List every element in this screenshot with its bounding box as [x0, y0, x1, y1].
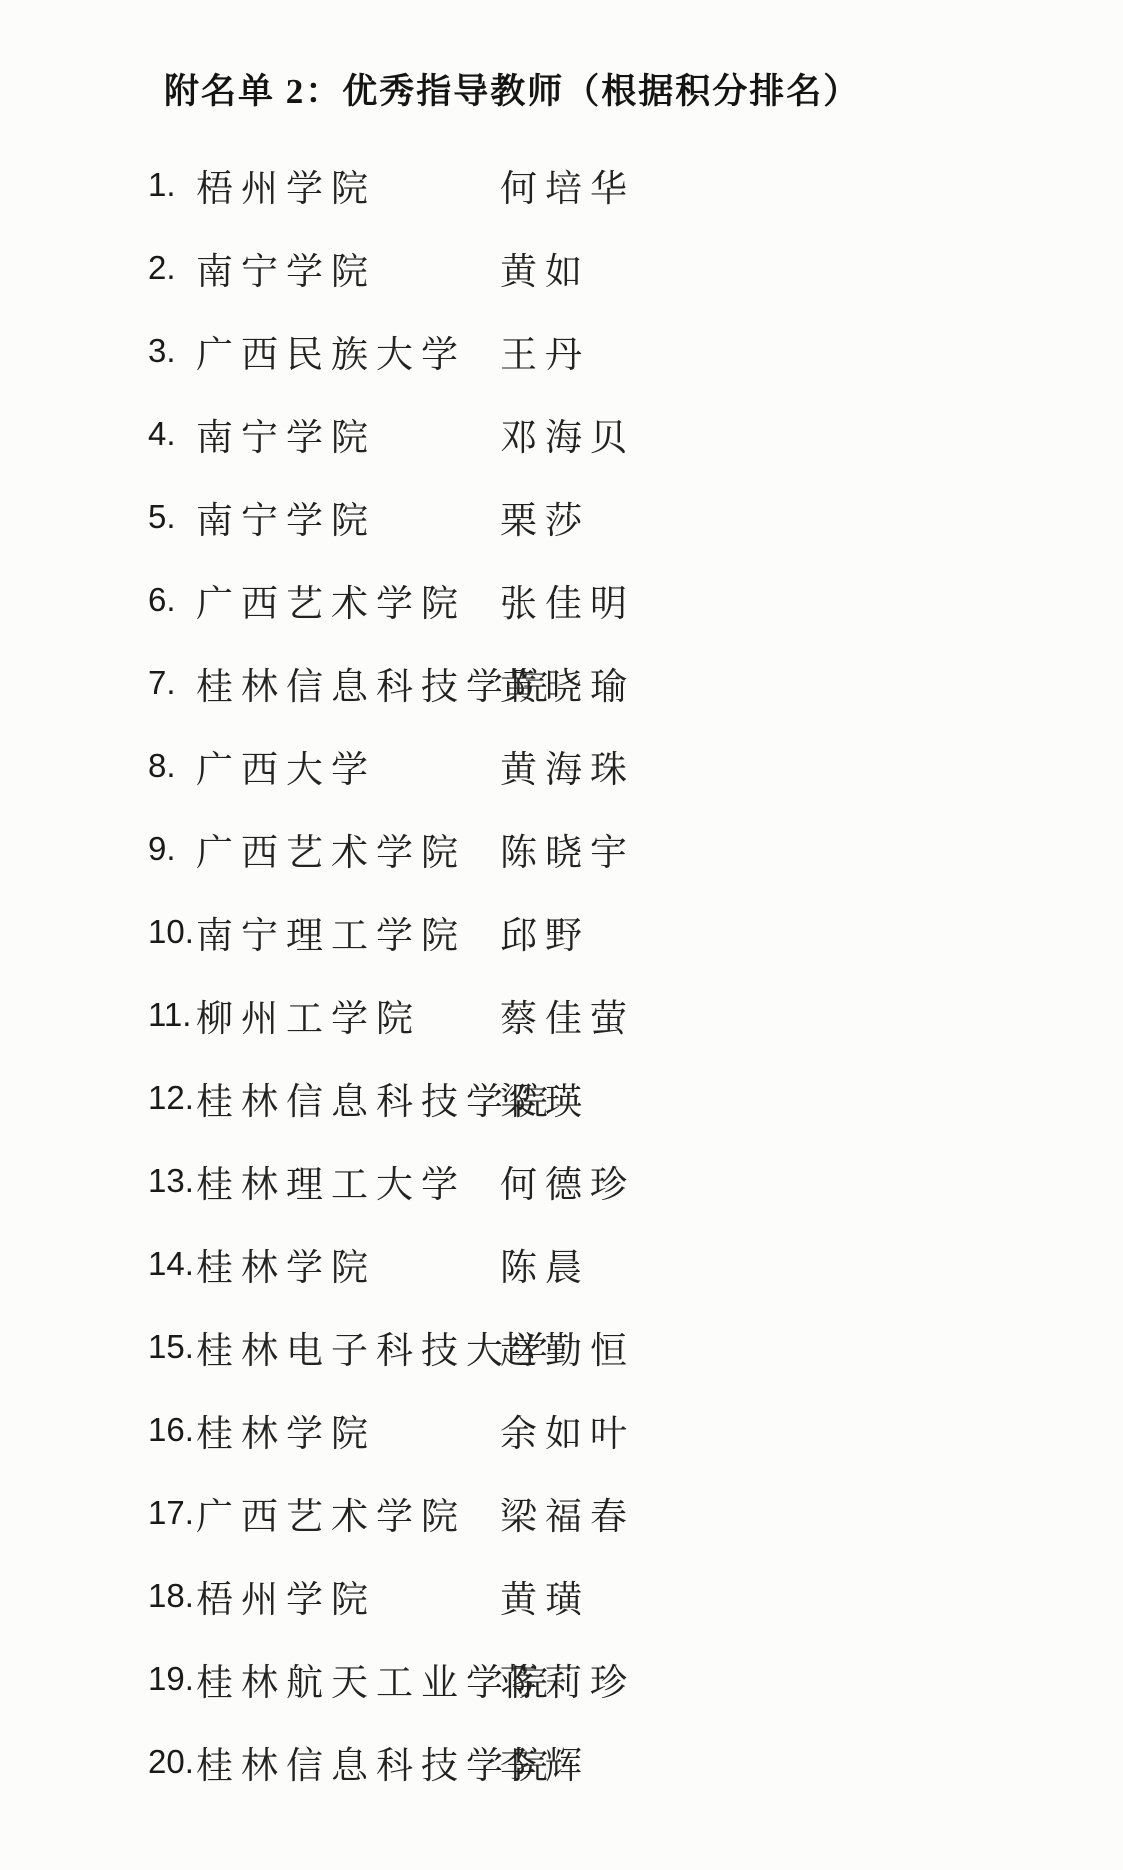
school-name: 南宁学院	[196, 241, 500, 295]
teacher-ranking-list: 1. 梧州学院 何培华 2. 南宁学院 黄如 3. 广西民族大学 王丹 4. 南…	[148, 143, 1008, 1803]
teacher-name: 陈晓宇	[500, 822, 635, 876]
teacher-name: 张佳明	[500, 573, 635, 627]
teacher-name: 王丹	[500, 324, 590, 378]
teacher-name: 邱野	[500, 905, 590, 959]
teacher-name: 黄海珠	[500, 739, 635, 793]
school-name: 梧州学院	[196, 158, 500, 212]
list-item: 11. 柳州工学院 蔡佳萤	[148, 973, 1008, 1056]
teacher-name: 李辉	[500, 1735, 590, 1789]
rank-number: 15.	[148, 1328, 196, 1366]
list-item: 6. 广西艺术学院 张佳明	[148, 558, 1008, 641]
list-item: 1. 梧州学院 何培华	[148, 143, 1008, 226]
list-item: 2. 南宁学院 黄如	[148, 226, 1008, 309]
teacher-name: 黄晓瑜	[500, 656, 635, 710]
rank-number: 18.	[148, 1577, 196, 1615]
teacher-name: 梁瑛	[500, 1071, 590, 1125]
school-name: 南宁理工学院	[196, 905, 500, 959]
school-name: 桂林学院	[196, 1237, 500, 1291]
rank-number: 1.	[148, 166, 196, 204]
teacher-name: 何培华	[500, 158, 635, 212]
rank-number: 11.	[148, 996, 196, 1034]
list-item: 16. 桂林学院 余如叶	[148, 1388, 1008, 1471]
rank-number: 9.	[148, 830, 196, 868]
list-item: 19. 桂林航天工业学院 蒋莉珍	[148, 1637, 1008, 1720]
teacher-name: 陈晨	[500, 1237, 590, 1291]
rank-number: 16.	[148, 1411, 196, 1449]
rank-number: 8.	[148, 747, 196, 785]
rank-number: 12.	[148, 1079, 196, 1117]
list-item: 20. 桂林信息科技学院 李辉	[148, 1720, 1008, 1803]
teacher-name: 蒋莉珍	[500, 1652, 635, 1706]
page-title: 附名单 2：优秀指导教师（根据积分排名）	[164, 64, 860, 114]
list-item: 12. 桂林信息科技学院 梁瑛	[148, 1056, 1008, 1139]
teacher-name: 余如叶	[500, 1403, 635, 1457]
list-item: 15. 桂林电子科技大学 赵勤恒	[148, 1305, 1008, 1388]
list-item: 8. 广西大学 黄海珠	[148, 724, 1008, 807]
rank-number: 19.	[148, 1660, 196, 1698]
teacher-name: 赵勤恒	[500, 1320, 635, 1374]
teacher-name: 栗莎	[500, 490, 590, 544]
school-name: 桂林理工大学	[196, 1154, 500, 1208]
school-name: 南宁学院	[196, 407, 500, 461]
document-page: 附名单 2：优秀指导教师（根据积分排名） 1. 梧州学院 何培华 2. 南宁学院…	[0, 0, 1123, 1870]
list-item: 17. 广西艺术学院 梁福春	[148, 1471, 1008, 1554]
school-name: 桂林信息科技学院	[196, 656, 500, 710]
school-name: 广西大学	[196, 739, 500, 793]
rank-number: 13.	[148, 1162, 196, 1200]
teacher-name: 黄如	[500, 241, 590, 295]
school-name: 南宁学院	[196, 490, 500, 544]
school-name: 梧州学院	[196, 1569, 500, 1623]
school-name: 桂林信息科技学院	[196, 1735, 500, 1789]
school-name: 广西民族大学	[196, 324, 500, 378]
rank-number: 6.	[148, 581, 196, 619]
school-name: 广西艺术学院	[196, 822, 500, 876]
rank-number: 2.	[148, 249, 196, 287]
school-name: 广西艺术学院	[196, 573, 500, 627]
teacher-name: 梁福春	[500, 1486, 635, 1540]
teacher-name: 何德珍	[500, 1154, 635, 1208]
rank-number: 3.	[148, 332, 196, 370]
teacher-name: 蔡佳萤	[500, 988, 635, 1042]
school-name: 桂林航天工业学院	[196, 1652, 500, 1706]
list-item: 9. 广西艺术学院 陈晓宇	[148, 807, 1008, 890]
rank-number: 20.	[148, 1743, 196, 1781]
school-name: 桂林电子科技大学	[196, 1320, 500, 1374]
rank-number: 10.	[148, 913, 196, 951]
school-name: 桂林信息科技学院	[196, 1071, 500, 1125]
list-item: 10. 南宁理工学院 邱野	[148, 890, 1008, 973]
list-item: 18. 梧州学院 黄璜	[148, 1554, 1008, 1637]
list-item: 3. 广西民族大学 王丹	[148, 309, 1008, 392]
school-name: 柳州工学院	[196, 988, 500, 1042]
rank-number: 17.	[148, 1494, 196, 1532]
rank-number: 7.	[148, 664, 196, 702]
list-item: 7. 桂林信息科技学院 黄晓瑜	[148, 641, 1008, 724]
list-item: 5. 南宁学院 栗莎	[148, 475, 1008, 558]
school-name: 桂林学院	[196, 1403, 500, 1457]
list-item: 13. 桂林理工大学 何德珍	[148, 1139, 1008, 1222]
list-item: 14. 桂林学院 陈晨	[148, 1222, 1008, 1305]
teacher-name: 邓海贝	[500, 407, 635, 461]
school-name: 广西艺术学院	[196, 1486, 500, 1540]
rank-number: 4.	[148, 415, 196, 453]
list-item: 4. 南宁学院 邓海贝	[148, 392, 1008, 475]
teacher-name: 黄璜	[500, 1569, 590, 1623]
rank-number: 14.	[148, 1245, 196, 1283]
rank-number: 5.	[148, 498, 196, 536]
